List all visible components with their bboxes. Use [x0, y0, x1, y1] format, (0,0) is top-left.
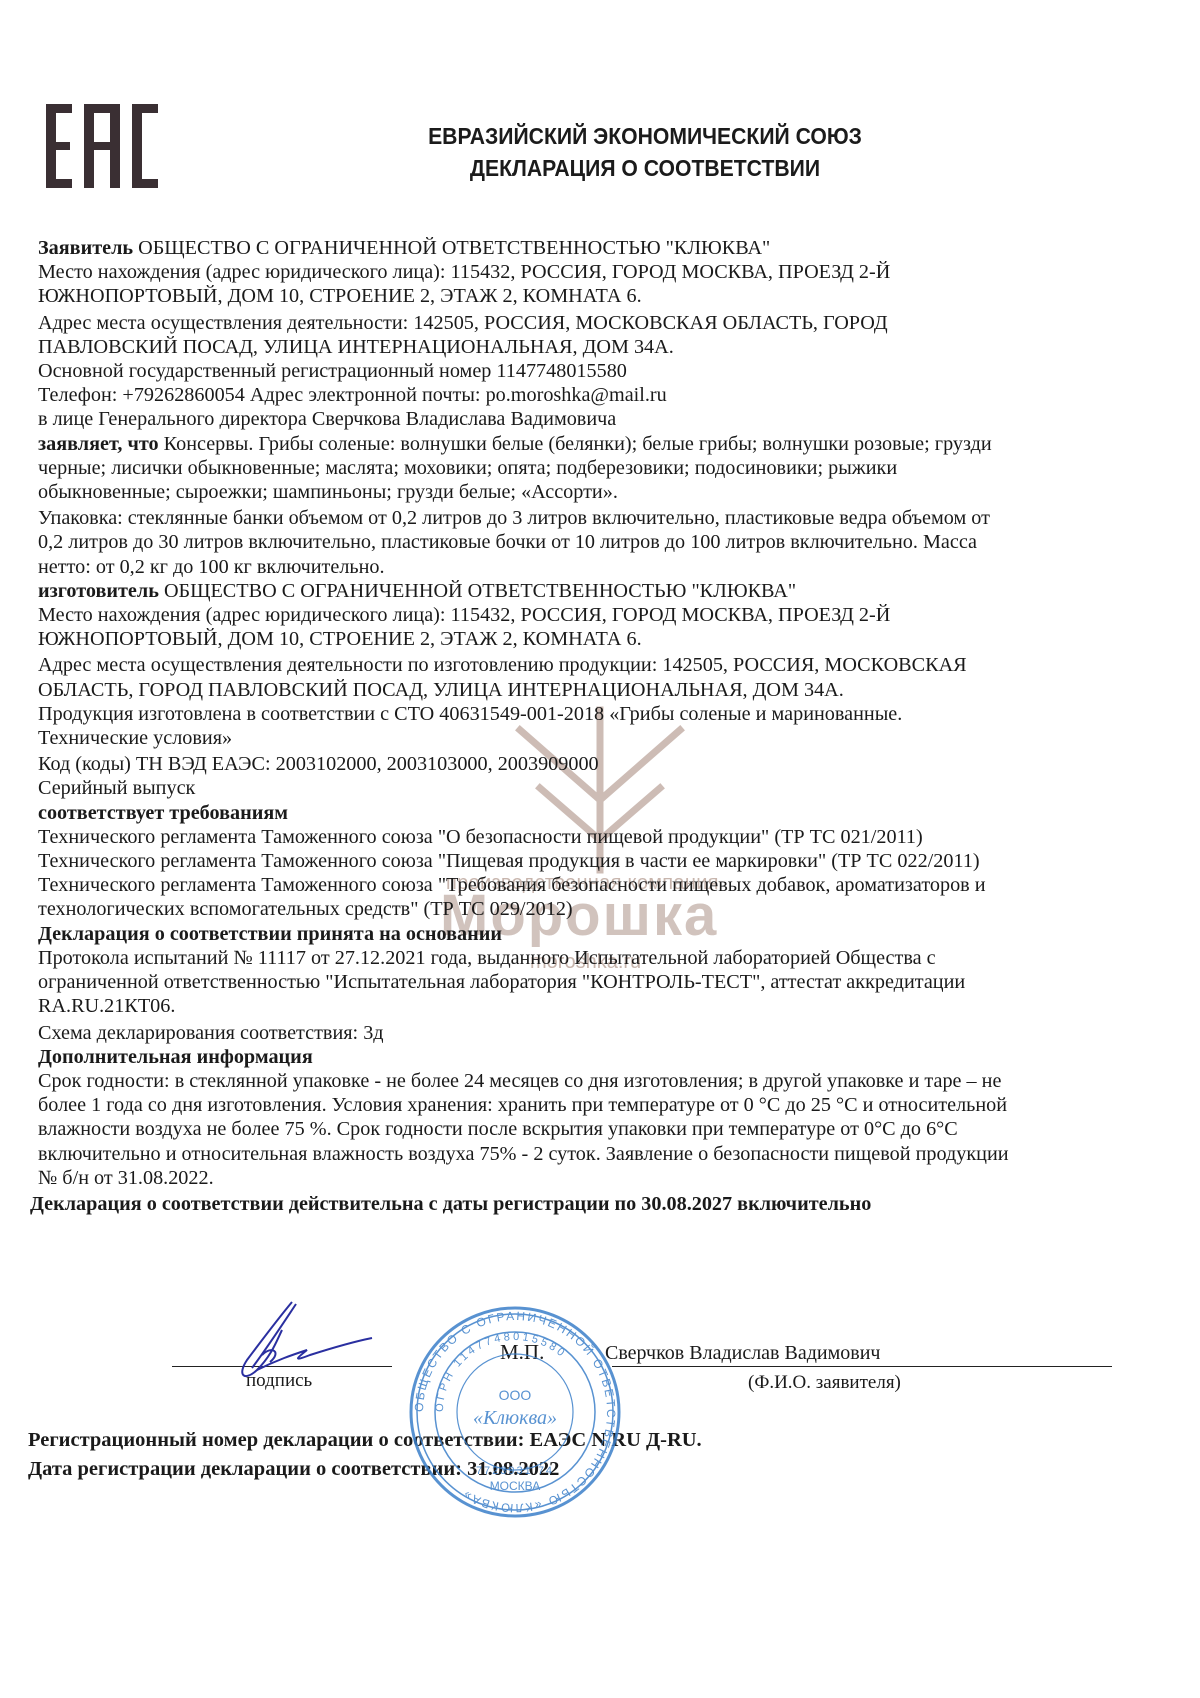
- applicant-ogrn: Основной государственный регистрационный…: [38, 359, 1128, 383]
- applicant-label: Заявитель: [38, 237, 133, 259]
- requirements-section: соответствует требованиям Технического р…: [38, 801, 1128, 922]
- applicant-activity-address-1: Адрес места осуществления деятельности: …: [38, 311, 1128, 335]
- svg-text:ООО: ООО: [499, 1387, 532, 1403]
- packaging-line-2: 0,2 литров до 30 литров включительно, пл…: [38, 530, 1128, 554]
- product-line-1: Консервы. Грибы соленые: волнушки белые …: [159, 433, 992, 455]
- additional-info-label: Дополнительная информация: [38, 1045, 1128, 1069]
- signer-name-label: (Ф.И.О. заявителя): [748, 1372, 901, 1394]
- product-line-3: обыкновенные; сыроежки; шампиньоны; груз…: [38, 480, 1128, 504]
- additional-info-section: Дополнительная информация Срок годности:…: [38, 1045, 1128, 1190]
- signer-name-line: [612, 1366, 1112, 1367]
- requirement-item: Технического регламента Таможенного союз…: [38, 825, 1128, 849]
- applicant-activity-address-2: ПАВЛОВСКИЙ ПОСАД, УЛИЦА ИНТЕРНАЦИОНАЛЬНА…: [38, 335, 1128, 359]
- packaging-line-3: нетто: от 0,2 кг до 100 кг включительно.: [38, 555, 1128, 579]
- production-address-2: ОБЛАСТЬ, ГОРОД ПАВЛОВСКИЙ ПОСАД, УЛИЦА И…: [38, 678, 1128, 702]
- applicant-legal-address-2: ЮЖНОПОРТОВЫЙ, ДОМ 10, СТРОЕНИЕ 2, ЭТАЖ 2…: [38, 284, 1128, 308]
- manufacturer-label: изготовитель: [38, 580, 159, 602]
- applicant-legal-address-1: Место нахождения (адрес юридического лиц…: [38, 260, 1128, 284]
- applicant-contacts: Телефон: +79262860054 Адрес электронной …: [38, 383, 1128, 407]
- company-stamp-icon: ОБЩЕСТВО С ОГРАНИЧЕННОЙ ОТВЕТСТВЕННОСТЬЮ…: [405, 1302, 625, 1522]
- applicant-section: Заявитель ОБЩЕСТВО С ОГРАНИЧЕННОЙ ОТВЕТС…: [38, 236, 1128, 432]
- standard-line-1: Продукция изготовлена в соответствии с С…: [38, 702, 1128, 726]
- declaration-scheme: Схема декларирования соответствия: 3д: [38, 1021, 1128, 1045]
- additional-line-2: более 1 года со дня изготовления. Услови…: [38, 1093, 1128, 1117]
- declaration-body: Заявитель ОБЩЕСТВО С ОГРАНИЧЕННОЙ ОТВЕТС…: [38, 236, 1128, 1216]
- basis-line-3: RA.RU.21КТ06.: [38, 994, 1128, 1018]
- svg-text:«Клюква»: «Клюква»: [473, 1407, 557, 1429]
- manufacturer-legal-address-2: ЮЖНОПОРТОВЫЙ, ДОМ 10, СТРОЕНИЕ 2, ЭТАЖ 2…: [38, 627, 1128, 651]
- declares-section: заявляет, что Консервы. Грибы соленые: в…: [38, 432, 1128, 579]
- additional-line-5: № б/н от 31.08.2022.: [38, 1166, 1128, 1190]
- manufacturer-legal-address-1: Место нахождения (адрес юридического лиц…: [38, 603, 1128, 627]
- requirements-label: соответствует требованиям: [38, 801, 1128, 825]
- additional-line-3: влажности воздуха не более 75 %. Срок го…: [38, 1117, 1128, 1141]
- handwritten-signature-icon: [222, 1300, 382, 1390]
- applicant-representative: в лице Генерального директора Сверчкова …: [38, 407, 1128, 431]
- document-header: ЕВРАЗИЙСКИЙ ЭКОНОМИЧЕСКИЙ СОЮЗ ДЕКЛАРАЦИ…: [364, 120, 925, 184]
- validity-statement: Декларация о соответствии действительна …: [30, 1192, 1128, 1216]
- svg-text:МОСКВА: МОСКВА: [490, 1479, 541, 1493]
- requirement-item: Технического регламента Таможенного союз…: [38, 849, 1128, 873]
- standard-line-2: Технические условия»: [38, 726, 1128, 750]
- svg-text:7723931 74: 7723931 74: [476, 1465, 554, 1477]
- eac-logo: [46, 104, 158, 188]
- eac-mark-icon: [46, 104, 158, 188]
- basis-line-1: Протокола испытаний № 11117 от 27.12.202…: [38, 946, 1128, 970]
- union-title: ЕВРАЗИЙСКИЙ ЭКОНОМИЧЕСКИЙ СОЮЗ: [364, 120, 925, 152]
- production-address-1: Адрес места осуществления деятельности п…: [38, 653, 1128, 677]
- manufacturer-name: ОБЩЕСТВО С ОГРАНИЧЕННОЙ ОТВЕТСТВЕННОСТЬЮ…: [159, 580, 796, 602]
- additional-line-4: включительно и относительная влажность в…: [38, 1142, 1128, 1166]
- applicant-name: ОБЩЕСТВО С ОГРАНИЧЕННОЙ ОТВЕТСТВЕННОСТЬЮ…: [133, 237, 770, 259]
- signer-name: Сверчков Владислав Вадимович: [605, 1342, 880, 1365]
- declares-label: заявляет, что: [38, 433, 159, 455]
- basis-line-2: ограниченной ответственностью "Испытател…: [38, 970, 1128, 994]
- tn-ved-codes: Код (коды) ТН ВЭД ЕАЭС: 2003102000, 2003…: [38, 752, 1128, 776]
- product-line-2: черные; лисички обыкновенные; маслята; м…: [38, 456, 1128, 480]
- additional-line-1: Срок годности: в стеклянной упаковке - н…: [38, 1069, 1128, 1093]
- basis-label: Декларация о соответствии принята на осн…: [38, 922, 1128, 946]
- manufacturer-section: изготовитель ОБЩЕСТВО С ОГРАНИЧЕННОЙ ОТВ…: [38, 579, 1128, 801]
- requirement-item: технологических вспомогательных средств"…: [38, 897, 1128, 921]
- requirement-item: Технического регламента Таможенного союз…: [38, 873, 1128, 897]
- document-title: ДЕКЛАРАЦИЯ О СООТВЕТСТВИИ: [364, 152, 925, 184]
- release-type: Серийный выпуск: [38, 776, 1128, 800]
- packaging-line-1: Упаковка: стеклянные банки объемом от 0,…: [38, 506, 1128, 530]
- basis-section: Декларация о соответствии принята на осн…: [38, 922, 1128, 1045]
